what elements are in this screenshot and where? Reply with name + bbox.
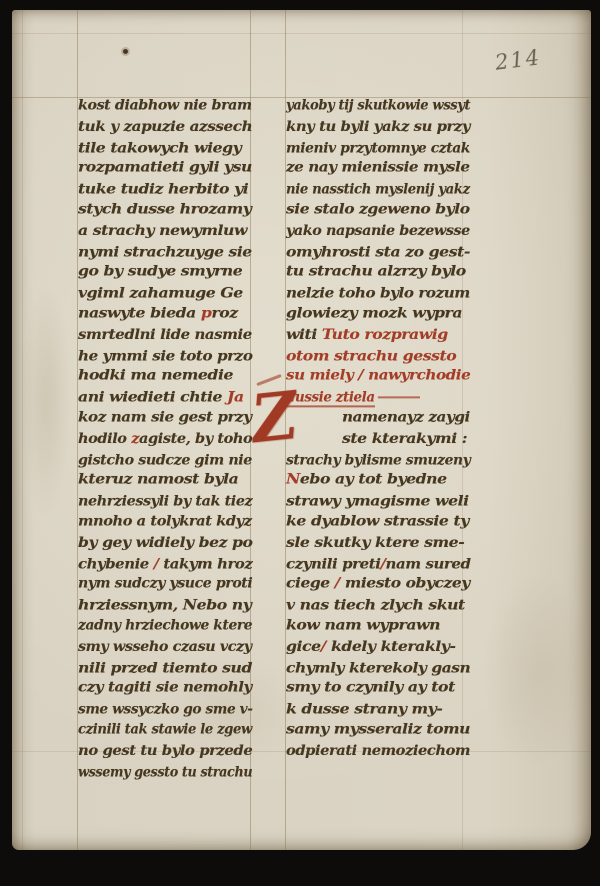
text-line-content: kost diabhow nie bram [78,95,252,116]
manuscript-photo: 214 kost diabhow nie bramtuk y zapuzie a… [0,0,600,886]
body-text: tu strachu alzrzy bylo [286,264,466,280]
text-line: chybenie / takym hroz [78,554,252,575]
text-line: tu strachu alzrzy bylo [286,262,470,283]
wormhole [123,49,128,54]
text-line: smy wsseho czasu vczy [78,637,252,658]
text-line: kny tu byli yakz su przy [286,117,470,138]
text-line: sie stalo zgeweno bylo [286,200,470,221]
body-text: czy tagiti sie nemohly [78,680,252,696]
body-text: omyhrosti sta zo gest- [286,244,470,260]
body-text: gice [286,639,321,655]
body-text: strachy bylisme smuzeny [286,452,470,468]
text-line-content: smrtedlni lide nasmie [78,325,252,346]
text-line-content: czynili preti/nam sured [286,554,471,575]
text-line-content: nie nasstich myslenij yakz [286,180,470,201]
body-text: ste kterakymi : [342,431,467,447]
text-line-content: ke dyablow strassie ty [286,511,469,532]
body-text: kost diabhow nie bram [78,97,252,113]
body-text: stych dusse hrozamy [78,201,251,217]
body-text: yakoby tij skutkowie wssyt [286,97,470,113]
text-line: gice/ kdely kterakly- [286,637,470,658]
text-line-content: tu strachu alzrzy bylo [286,262,466,283]
ruling-line-vertical-margin [22,10,23,850]
rubric-text: z [131,431,139,447]
text-line-content: vgiml zahamuge Ge [78,284,243,305]
text-line: su miely / nawyrchodie [286,366,470,387]
body-text: ani wiedieti chtie [78,390,227,406]
text-line: Nebo ay tot byedne [286,470,470,491]
text-line: otom strachu gessto [286,346,470,367]
body-text: smrtedlni lide nasmie [78,327,252,343]
text-line-content: he ymmi sie toto przo [78,346,253,367]
body-text: kteruz namost byla [78,472,238,488]
text-line-content: glowiezy mozk wypra [286,303,462,324]
text-line-content: hodki ma nemedie [78,366,233,387]
text-line-content: zadny hrziechowe ktere [78,615,252,636]
text-line: ani wiedieti chtie Ja [78,387,252,408]
text-line-content: ciege / miesto obyczey [286,574,470,595]
text-line: tile takowych wiegy [78,138,252,159]
body-text: chymly kterekoly gasn [286,660,470,676]
text-line-content: gice/ kdely kterakly- [286,637,456,658]
body-text: by gey widiely bez po [78,535,252,551]
text-line: k dusse strany my- [286,699,470,720]
text-line-content: no gest tu bylo przede [78,741,252,762]
text-line: nymi strachzuyge sie [78,242,252,263]
text-line-content: tile takowych wiegy [78,138,241,159]
text-line-content: v nas tiech zlych skut [286,595,465,616]
text-line: ke dyablow strassie ty [286,512,470,533]
body-text: tuk y zapuzie azssech [78,119,252,135]
body-text: v nas tiech zlych skut [286,597,465,613]
body-text: yako napsanie bezewsse [286,223,470,239]
text-line: witi Tuto rozprawig [286,325,470,346]
rubric-text: Tuto rozprawig [322,327,448,343]
body-text: gistcho sudcze gim nie [78,452,252,468]
body-text: takym hroz [159,556,253,572]
body-text: nehrziessyli by tak tiez [78,493,252,509]
rubric-text: N [286,472,300,488]
left-text-column: kost diabhow nie bramtuk y zapuzie azsse… [78,96,252,782]
body-text: mnoho a tolykrat kdyz [78,513,252,529]
text-line: namenayz zaygi [286,408,470,429]
text-line-content: nelzie toho bylo rozum [286,284,470,305]
body-text: mieniv przytomnye cztak [286,140,470,156]
text-line-content: strachy bylisme smuzeny [286,450,470,471]
body-text: glowiezy mozk wypra [286,305,462,321]
text-line-content: sie stalo zgeweno bylo [286,199,470,220]
rubric-initial-z: Z [249,384,301,451]
text-line: tuk y zapuzie azssech [78,117,252,138]
text-line: czy tagiti sie nemohly [78,678,252,699]
body-text: roz [211,305,237,321]
text-line-content: by gey widiely bez po [78,533,252,554]
body-text: a strachy newymluw [78,223,247,239]
text-line-content: mieniv przytomnye cztak [286,138,470,159]
body-text: czynili preti [286,556,380,572]
text-line-content: sle skutky ktere sme- [286,533,464,554]
text-line: glowiezy mozk wypra [286,304,470,325]
body-text: nelzie toho bylo rozum [286,286,470,302]
text-line: wssemy gessto tu strachu [78,762,252,783]
text-line-content: yako napsanie bezewsse [286,221,470,242]
text-line-content: strawy ymagisme weli [286,491,469,512]
body-text: sle skutky ktere sme- [286,535,464,551]
text-line: hodilo zagiste, by toho [78,429,252,450]
parchment-stain [482,570,592,770]
text-line: yako napsanie bezewsse [286,221,470,242]
text-line: ze nay mienissie mysle [286,158,470,179]
photograph-background: { "page": { "folio_number": "214" }, "co… [0,0,600,886]
text-line-content: k dusse strany my- [286,699,442,720]
text-line-content: ste kterakymi : [342,429,467,450]
text-line-content: yakoby tij skutkowie wssyt [286,95,470,116]
text-line: a strachy newymluw [78,221,252,242]
manuscript-page: 214 kost diabhow nie bramtuk y zapuzie a… [12,10,591,850]
text-line-content: hodilo zagiste, by toho [78,429,252,450]
body-text: chybenie [78,556,154,572]
text-line: samy mysseraliz tomu [286,720,470,741]
text-line-content: czinili tak stawie le zgew [78,719,252,740]
body-text: he ymmi sie toto przo [78,348,253,364]
body-text: tile takowych wiegy [78,140,241,156]
text-line-content: chymly kterekoly gasn [286,658,470,679]
text-line: stych dusse hrozamy [78,200,252,221]
body-text: ebo ay tot byedne [300,472,447,488]
body-text: czinili tak stawie le zgew [78,721,252,737]
body-text: odpierati nemoziechom [286,743,470,759]
text-line: nym sudczy ysuce proti [78,574,252,595]
text-line-content: hrziessnym, Nebo ny [78,595,251,616]
body-text: sme wssyczko go sme v- [78,701,253,717]
text-line-content: sme wssyczko go sme v- [78,699,253,720]
text-line: nie nasstich myslenij yakz [286,179,470,200]
text-line: chymly kterekoly gasn [286,658,470,679]
body-text: k dusse strany my- [286,701,442,717]
text-line-content: kteruz namost byla [78,470,238,491]
body-text: samy mysseraliz tomu [286,721,470,737]
body-text: kdely kterakly- [326,639,456,655]
text-line: he ymmi sie toto przo [78,346,252,367]
text-line-content: nymi strachzuyge sie [78,242,252,263]
text-line: by gey widiely bez po [78,533,252,554]
text-line-content: samy mysseraliz tomu [286,719,470,740]
text-line-content: ani wiedieti chtie Ja [78,388,244,409]
text-line-content: witi Tuto rozprawig [286,325,448,346]
body-text: kow nam wyprawn [286,617,440,633]
text-line-content: su miely / nawyrchodie [286,366,470,387]
text-line: sle skutky ktere sme- [286,533,470,554]
text-line-content: namenayz zaygi [342,407,470,428]
body-text: go by sudye smyrne [78,264,242,280]
text-line-content: ze nay mienissie mysle [286,158,470,179]
text-line-content: mnoho a tolykrat kdyz [78,511,252,532]
text-line: czinili tak stawie le zgew [78,720,252,741]
text-line-content: nym sudczy ysuce proti [78,574,252,595]
text-line: nelzie toho bylo rozum [286,283,470,304]
text-line: hodki ma nemedie [78,366,252,387]
text-line-content: odpierati nemoziechom [286,741,470,762]
text-line-content: gistcho sudcze gim nie [78,450,252,471]
text-line-content: dussie ztiela [286,388,420,409]
body-text: hrziessnym, Nebo ny [78,597,251,613]
text-line: dussie ztiela [286,387,470,408]
text-line: go by sudye smyrne [78,262,252,283]
text-line: ciege / miesto obyczey [286,574,470,595]
text-line: rozpamatieti gyli ysu [78,158,252,179]
text-line: strachy bylisme smuzeny [286,450,470,471]
text-line: mnoho a tolykrat kdyz [78,512,252,533]
text-line: smy to czynily ay tot [286,678,470,699]
body-text: nie nasstich myslenij yakz [286,182,470,198]
text-line: strawy ymagisme weli [286,491,470,512]
text-line: czynili preti/nam sured [286,554,470,575]
text-line: tuke tudiz herbito yi [78,179,252,200]
body-text: naswyte bieda [78,305,201,321]
text-line-content: Nebo ay tot byedne [286,470,447,491]
text-line: kost diabhow nie bram [78,96,252,117]
text-line-content: kow nam wyprawn [286,615,440,636]
body-text: agiste, by toho [139,431,252,447]
text-line-content: smy to czynily ay tot [286,678,455,699]
text-line: kteruz namost byla [78,470,252,491]
body-text: koz nam sie gest przy [78,409,252,425]
text-line: yakoby tij skutkowie wssyt [286,96,470,117]
text-line: nehrziessyli by tak tiez [78,491,252,512]
body-text: nili przed tiemto sud [78,660,252,676]
rubric-text: dussie ztiela [286,390,375,408]
text-line-content: naswyte bieda proz [78,303,238,324]
body-text: hodki ma nemedie [78,368,233,384]
text-line: vgiml zahamuge Ge [78,283,252,304]
text-line: hrziessnym, Nebo ny [78,595,252,616]
text-line: odpierati nemoziechom [286,741,470,762]
text-line: ste kterakymi : [286,429,470,450]
text-line-content: chybenie / takym hroz [78,554,252,575]
body-text: namenayz zaygi [342,409,470,425]
text-line-content: czy tagiti sie nemohly [78,678,252,699]
text-line-content: otom strachu gessto [286,346,456,367]
text-line: omyhrosti sta zo gest- [286,242,470,263]
rubric-text: p [201,305,212,321]
text-line-content: wssemy gessto tu strachu [78,762,252,783]
text-line: no gest tu bylo przede [78,741,252,762]
body-text: ze nay mienissie mysle [286,160,470,176]
text-line-content: a strachy newymluw [78,221,247,242]
text-line-content: rozpamatieti gyli ysu [78,158,252,179]
text-line-content: nehrziessyli by tak tiez [78,491,252,512]
ruling-line-horizontal-top-margin [12,33,591,34]
body-text: tuke tudiz herbito yi [78,182,248,198]
text-line: koz nam sie gest przy [78,408,252,429]
text-line: sme wssyczko go sme v- [78,699,252,720]
text-line-content: smy wsseho czasu vczy [78,637,252,658]
body-text: zadny hrziechowe ktere [78,617,252,633]
body-text: miesto obyczey [340,576,470,592]
body-text: hodilo [78,431,131,447]
folio-number: 214 [494,45,543,74]
text-line-content: omyhrosti sta zo gest- [286,242,470,263]
text-line: smrtedlni lide nasmie [78,325,252,346]
parchment-stain [20,280,72,520]
text-line-content: tuke tudiz herbito yi [78,180,248,201]
body-text: smy to czynily ay tot [286,680,455,696]
text-line-content: stych dusse hrozamy [78,199,251,220]
body-text: smy wsseho czasu vczy [78,639,252,655]
text-line-content: kny tu byli yakz su przy [286,117,470,138]
body-text: nam sured [386,556,471,572]
body-text: vgiml zahamuge Ge [78,286,243,302]
rubric-text: otom strachu gessto [286,348,456,364]
body-text: strawy ymagisme weli [286,493,469,509]
text-line: naswyte bieda proz [78,304,252,325]
body-text: wssemy gessto tu strachu [78,764,252,780]
body-text: witi [286,327,322,343]
text-line: mieniv przytomnye cztak [286,138,470,159]
body-text: rozpamatieti gyli ysu [78,160,252,176]
body-text: nym sudczy ysuce proti [78,576,252,592]
text-line-content: koz nam sie gest przy [78,407,252,428]
text-line: kow nam wyprawn [286,616,470,637]
text-line: zadny hrziechowe ktere [78,616,252,637]
text-line-content: tuk y zapuzie azssech [78,117,252,138]
right-text-column: yakoby tij skutkowie wssytkny tu byli ya… [286,96,470,762]
body-text: kny tu byli yakz su przy [286,119,470,135]
text-line: gistcho sudcze gim nie [78,450,252,471]
body-text: nymi strachzuyge sie [78,244,252,260]
body-text: ke dyablow strassie ty [286,513,469,529]
text-line-content: go by sudye smyrne [78,262,242,283]
rubric-text: Ja [227,390,244,406]
body-text: ciege [286,576,335,592]
body-text: no gest tu bylo przede [78,743,252,759]
rubric-text: su miely / nawyrchodie [286,368,470,384]
body-text: sie stalo zgeweno bylo [286,201,470,217]
text-line-content: nili przed tiemto sud [78,658,252,679]
text-line: v nas tiech zlych skut [286,595,470,616]
text-line: nili przed tiemto sud [78,658,252,679]
